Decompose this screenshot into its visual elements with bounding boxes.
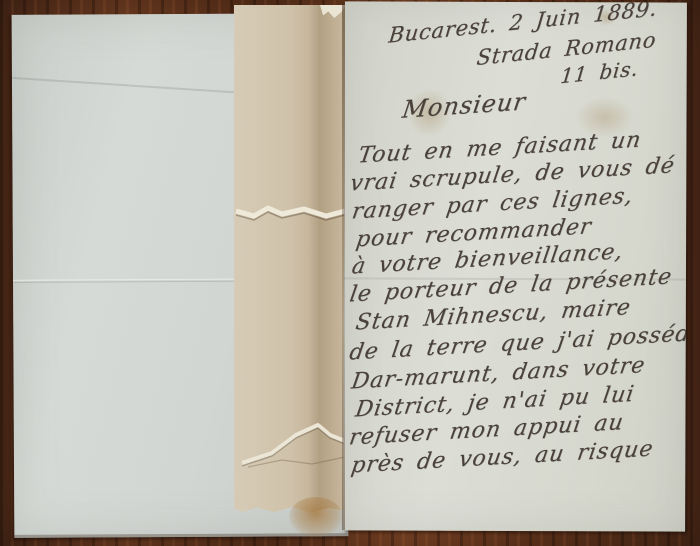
fold-tape: [234, 5, 347, 514]
right-page: Bucarest. 2 Juin 1889. Strada Romano 11 …: [343, 1, 687, 531]
tape-bottom-stain: [289, 497, 343, 537]
tape-tears-icon: [234, 5, 347, 514]
page-edge-shadow: [14, 533, 348, 538]
letter-address-line-2: 11 bis.: [559, 56, 639, 88]
fold-shadow-line: [342, 2, 345, 530]
paper-crease: [12, 77, 242, 94]
photo-background: Bucarest. 2 Juin 1889. Strada Romano 11 …: [0, 0, 700, 546]
